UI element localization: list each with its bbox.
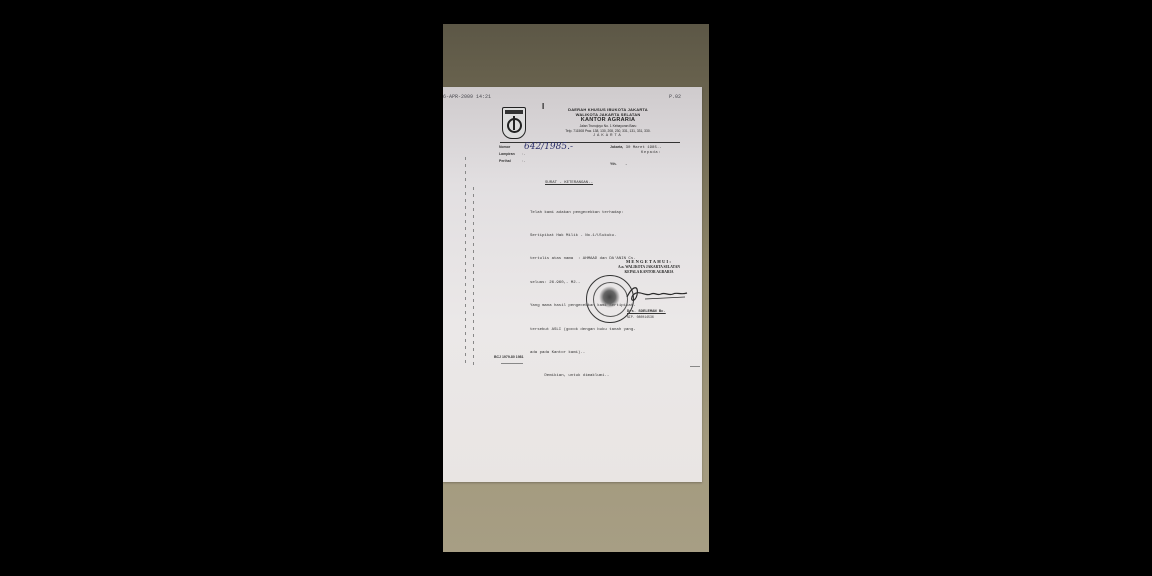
margin-punch-line: [465, 157, 466, 367]
footer-dash: [501, 363, 523, 364]
body-line: tersebut ASLI (gocok dengan buku tanah y…: [530, 327, 690, 335]
letter-subject: SURAT - KETERANGAN.-: [545, 181, 593, 185]
body-line: Sertipikat Hak Milik - No.1/Ulukuku.: [530, 233, 690, 241]
footer-code: BCJ 1979-80 1981: [494, 355, 524, 359]
fax-datetime: 6-APR-2009 14:21: [443, 94, 491, 100]
signer-nip: NIP. 080014536: [627, 315, 666, 319]
yth-label: Yth.: [610, 162, 617, 166]
yth-value: -: [626, 162, 627, 166]
meta-perihal: Perihal : -: [499, 159, 525, 166]
letter-page: 6-APR-2009 14:21 P.02 I DAERAH KHUSUS IB…: [443, 87, 702, 482]
letterhead-city: JAKARTA: [538, 133, 678, 138]
fax-header: 6-APR-2009 14:21 P.02: [443, 94, 702, 104]
nomor-label: Nomor: [499, 145, 519, 149]
letterhead: DAERAH KHUSUS IBUKOTA JAKARTA WALIKOTA J…: [538, 107, 678, 138]
garuda-emblem: [599, 286, 620, 308]
body-line: Demikian, untuk dimaklumi.-: [530, 373, 690, 381]
crest-monument: [513, 116, 515, 130]
letterhead-office: KANTOR AGRARIA: [538, 117, 678, 124]
jakarta-crest-icon: [502, 107, 526, 139]
lampiran-value: : -: [522, 152, 525, 156]
signer-name: Drs. SOELEMAN Bc.: [627, 310, 666, 314]
lampiran-label: Lampiran: [499, 152, 519, 156]
footer-dash: [690, 366, 700, 367]
crest-banner: [505, 110, 523, 114]
kepada-label: Kepada:: [641, 151, 661, 155]
acknowledgement-block: MENGETAHUI: A.n. WALIKOTA JAKARTA SELATA…: [589, 259, 709, 274]
perihal-value: : -: [522, 159, 525, 163]
margin-punch-line: [473, 187, 474, 367]
fax-page-number: P.02: [669, 94, 681, 100]
body-line: ada pada Kantor kami).-: [530, 350, 690, 358]
perihal-label: Perihal: [499, 159, 519, 163]
meta-lampiran: Lampiran : -: [499, 152, 525, 159]
nomor-value: 642/1985.-: [524, 142, 573, 152]
place-date: Jakarta, 30 Maret 1985.-: [610, 145, 662, 150]
ack-title: KEPALA KANTOR AGRARIA: [589, 270, 709, 275]
yth-row: Yth. -: [610, 162, 627, 166]
signature: [625, 283, 689, 305]
letter-date: 30 Maret 1985.-: [626, 146, 662, 150]
meta-nomor: Nomor 642/1985.-: [499, 145, 519, 152]
body-line: Telah kami adakan pengecekkan terhadap:: [530, 210, 690, 218]
signer-block: Drs. SOELEMAN Bc. NIP. 080014536: [627, 310, 666, 319]
place-label: Jakarta,: [610, 145, 623, 149]
